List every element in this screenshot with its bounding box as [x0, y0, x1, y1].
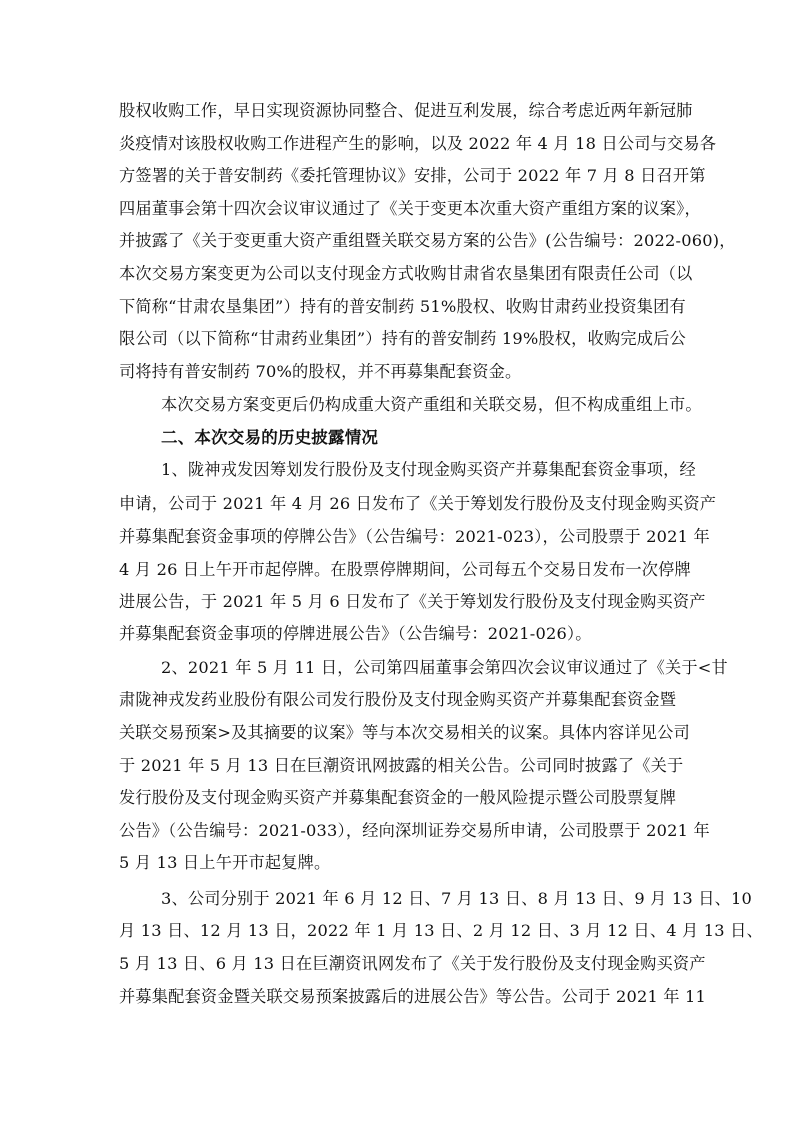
text-line: 4 月 26 日上午开市起停牌。在股票停牌期间，公司每五个交易日发布一次停牌 — [119, 558, 672, 582]
text-line: 2、2021 年 5 月 11 日，公司第四届董事会第四次会议审议通过了《关于<… — [161, 656, 672, 680]
text-line: 炎疫情对该股权收购工作进程产生的影响，以及 2022 年 4 月 18 日公司与… — [119, 132, 672, 156]
text-line: 申请，公司于 2021 年 4 月 26 日发布了《关于筹划发行股份及支付现金购… — [119, 492, 672, 516]
text-line: 并披露了《关于变更重大资产重组暨关联交易方案的公告》(公告编号：2022-060… — [119, 229, 672, 253]
text-line: 本次交易方案变更为公司以支付现金方式收购甘肃省农垦集团有限责任公司（以 — [119, 262, 672, 286]
text-line: 四届董事会第十四次会议审议通过了《关于变更本次重大资产重组方案的议案》， — [119, 197, 672, 221]
text-line: 3、公司分别于 2021 年 6 月 12 日、7 月 13 日、8 月 13 … — [161, 887, 672, 911]
section-heading: 二、本次交易的历史披露情况 — [161, 426, 672, 450]
text-line: 并募集配套资金事项的停牌公告》（公告编号：2021-023），公司股票于 202… — [119, 525, 672, 549]
text-line: 公告》（公告编号：2021-033），经向深圳证券交易所申请，公司股票于 202… — [119, 819, 672, 843]
text-line: 5 月 13 日、6 月 13 日在巨潮资讯网发布了《关于发行股份及支付现金购买… — [119, 952, 672, 976]
text-line: 本次交易方案变更后仍构成重大资产重组和关联交易，但不构成重组上市。 — [161, 393, 672, 417]
text-line: 关联交易预案>及其摘要的议案》等与本次交易相关的议案。具体内容详见公司 — [119, 721, 672, 745]
text-line: 方签署的关于普安制药《委托管理协议》安排，公司于 2022 年 7 月 8 日召… — [119, 164, 672, 188]
text-line: 司将持有普安制药 70%的股权，并不再募集配套资金。 — [119, 360, 672, 384]
text-line: 月 13 日、12 月 13 日，2022 年 1 月 13 日、2 月 12 … — [119, 919, 672, 943]
text-line: 下简称“甘肃农垦集团”）持有的普安制药 51%股权、收购甘肃药业投资集团有 — [119, 295, 672, 319]
text-line: 进展公告，于 2021 年 5 月 6 日发布了《关于筹划发行股份及支付现金购买… — [119, 590, 672, 614]
text-line: 1、陇神戎发因筹划发行股份及支付现金购买资产并募集配套资金事项，经 — [161, 458, 672, 482]
text-line: 5 月 13 日上午开市起复牌。 — [119, 851, 672, 875]
text-line: 股权收购工作，早日实现资源协同整合、促进互利发展，综合考虑近两年新冠肺 — [119, 99, 672, 123]
text-line: 发行股份及支付现金购买资产并募集配套资金的一般风险提示暨公司股票复牌 — [119, 786, 672, 810]
text-line: 限公司（以下简称“甘肃药业集团”）持有的普安制药 19%股权，收购完成后公 — [119, 327, 672, 351]
text-line: 并募集配套资金事项的停牌进展公告》（公告编号：2021-026）。 — [119, 622, 672, 646]
text-line: 肃陇神戎发药业股份有限公司发行股份及支付现金购买资产并募集配套资金暨 — [119, 688, 672, 712]
text-line: 并募集配套资金暨关联交易预案披露后的进展公告》等公告。公司于 2021 年 11 — [119, 985, 672, 1009]
text-line: 于 2021 年 5 月 13 日在巨潮资讯网披露的相关公告。公司同时披露了《关… — [119, 754, 672, 778]
